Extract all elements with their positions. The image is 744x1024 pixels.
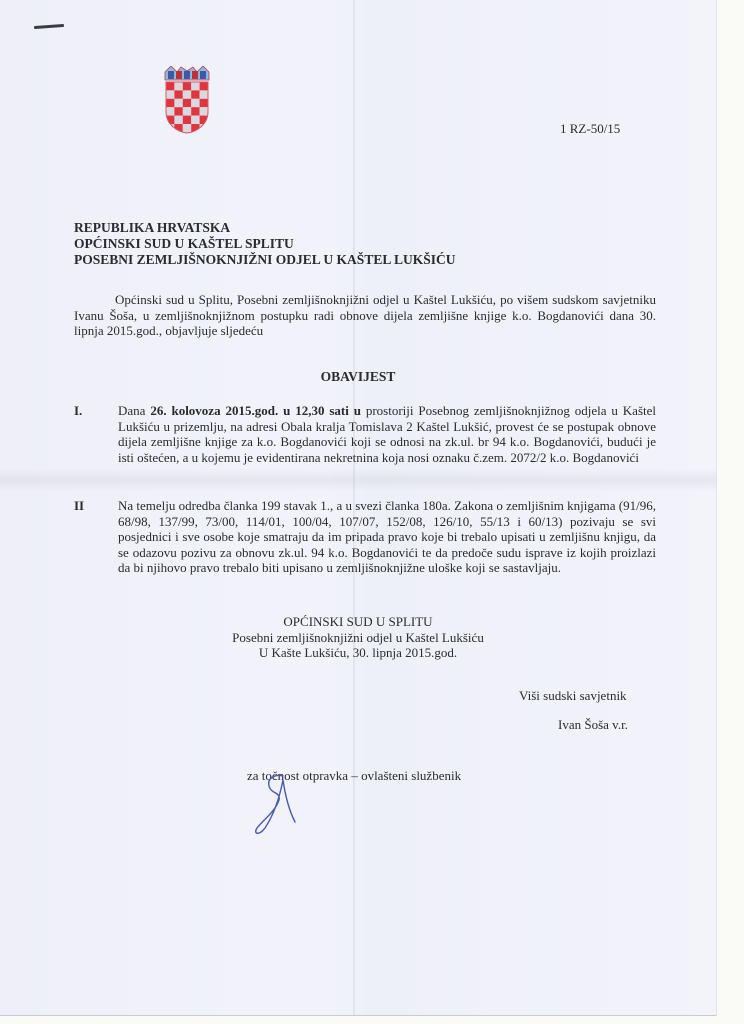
section-2-number: II [74, 498, 84, 514]
section-2-text: Na temelju odredba članka 199 stavak 1.,… [118, 498, 656, 576]
closing-court-name: OPĆINSKI SUD U SPLITU [0, 614, 716, 630]
header-line-court: OPĆINSKI SUD U KAŠTEL SPLITU [74, 236, 455, 252]
notice-title: OBAVIJEST [0, 369, 716, 385]
signatory-name: Ivan Šoša v.r. [558, 717, 628, 733]
header-line-department: POSEBNI ZEMLJIŠNOKNJIŽNI ODJEL U KAŠTEL … [74, 252, 455, 268]
croatian-coat-of-arms-icon [163, 66, 211, 134]
closing-place-date: U Kašte Lukšiću, 30. lipnja 2015.god. [0, 645, 716, 661]
court-header: REPUBLIKA HRVATSKA OPĆINSKI SUD U KAŠTEL… [74, 220, 455, 268]
case-reference-number: 1 RZ-50/15 [560, 121, 620, 137]
document-page: 1 RZ-50/15 REPUBLIKA HRVATSKA OPĆINSKI S… [0, 0, 717, 1016]
closing-block: OPĆINSKI SUD U SPLITU Posebni zemljišnok… [0, 614, 716, 661]
handwritten-signature [245, 770, 325, 840]
section-1-text: Dana 26. kolovoza 2015.god. u 12,30 sati… [118, 403, 656, 465]
section-1-date-time: 26. kolovoza 2015.god. u 12,30 sati u [150, 403, 361, 418]
closing-department: Posebni zemljišnoknjižni odjel u Kaštel … [0, 630, 716, 646]
signatory-title: Viši sudski savjetnik [519, 688, 627, 704]
intro-paragraph: Općinski sud u Splitu, Posebni zemljišno… [74, 292, 656, 339]
header-line-country: REPUBLIKA HRVATSKA [74, 220, 455, 236]
paper-fold-horizontal [0, 468, 716, 492]
section-1-number: I. [74, 403, 82, 419]
pen-dash-mark [34, 24, 64, 29]
